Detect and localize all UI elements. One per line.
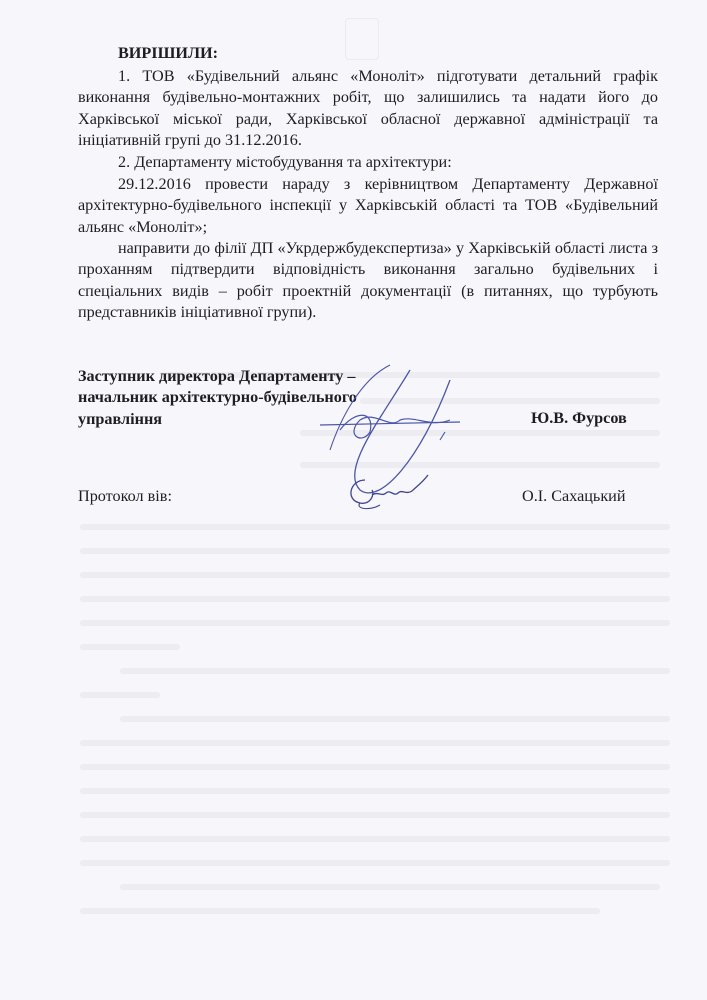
decision-heading: ВИРІШИЛИ: [118, 44, 218, 63]
decision-item-2-letter: направити до філії ДП «Укрдержбудексперт… [78, 238, 658, 324]
decision-item-1: 1. ТОВ «Будівельний альянс «Моноліт» під… [78, 66, 658, 152]
signatory-name: Ю.В. Фурсов [531, 409, 627, 428]
protocol-label: Протокол вів: [78, 487, 172, 506]
decision-item-2: 2. Департаменту містобудування та архіте… [78, 152, 658, 173]
bleed-through-emblem [345, 18, 379, 60]
decision-item-2-meeting: 29.12.2016 провести нараду з керівництво… [78, 174, 658, 238]
protocol-author-name: О.І. Сахацький [522, 487, 626, 506]
signature-sakhatskyi [340, 465, 430, 515]
document-page: ВИРІШИЛИ: 1. ТОВ «Будівельний альянс «Мо… [0, 0, 707, 1000]
